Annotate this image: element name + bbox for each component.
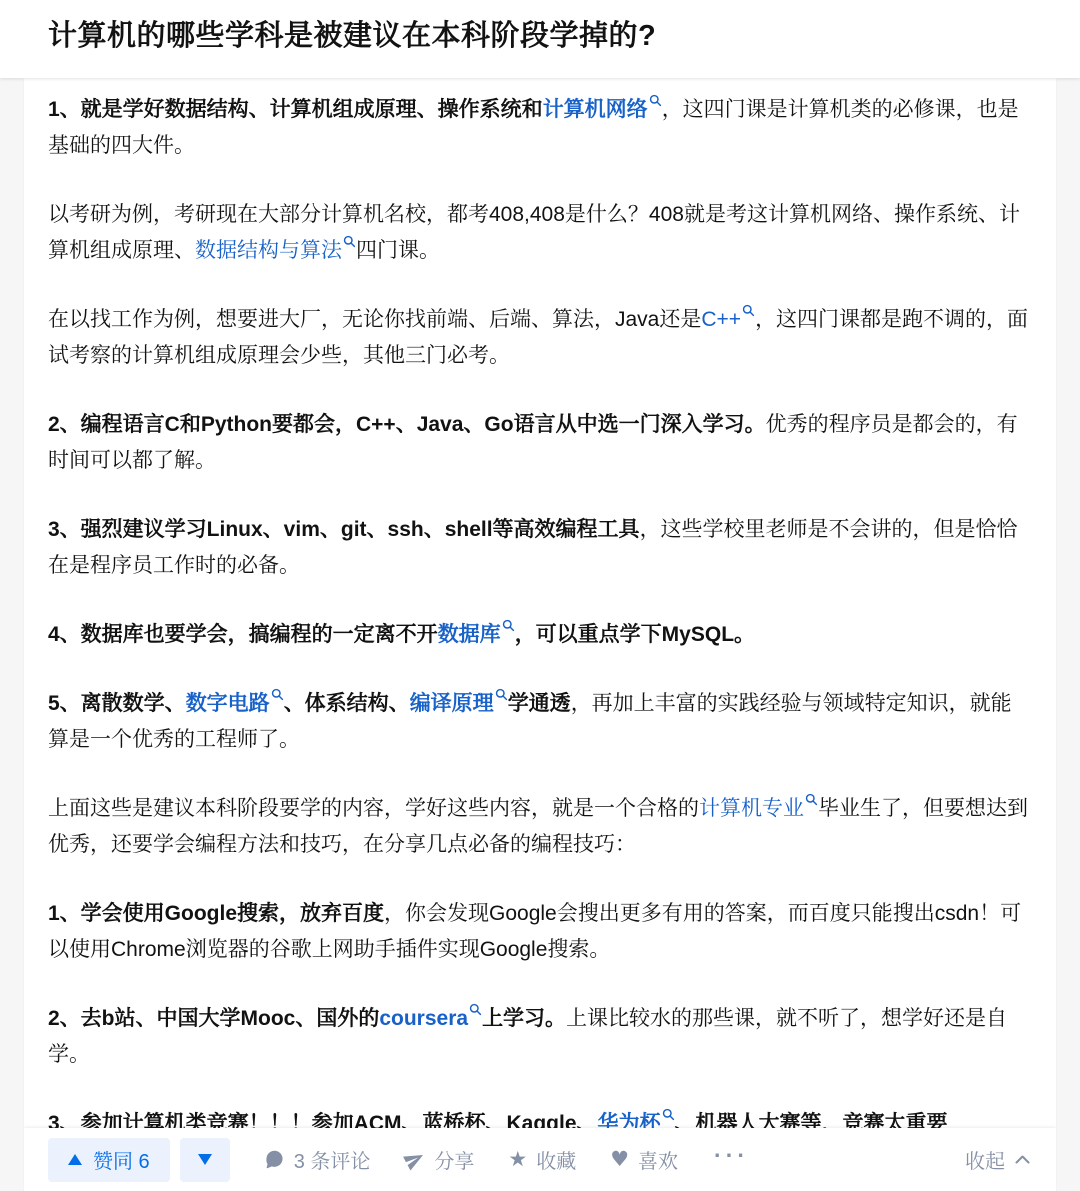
share-label: 分享 [434, 1145, 474, 1174]
entity-link[interactable]: 编译原理 [410, 692, 508, 715]
search-icon [649, 94, 662, 107]
text-run: 4、数据库也要学会，搞编程的一定离不开 [48, 623, 438, 646]
more-button[interactable]: ··· [714, 1142, 749, 1177]
search-icon [271, 688, 284, 701]
entity-link[interactable]: 数据结构与算法 [195, 239, 356, 262]
heart-icon: ♥ [610, 1149, 629, 1170]
favorite-button[interactable]: ★ 收藏 [508, 1145, 576, 1174]
entity-link[interactable]: 计算机专业 [699, 797, 818, 820]
downvote-button[interactable] [180, 1138, 230, 1182]
upvote-triangle-icon [68, 1154, 82, 1165]
search-icon [343, 235, 356, 248]
text-run: 上学习。 [482, 1007, 566, 1030]
answer-action-bar: 赞同 6 3 条评论 分享 ★ 收藏 ♥ 喜欢 ··· [24, 1128, 1056, 1191]
comment-icon [264, 1149, 285, 1170]
answer-rich-text: 1、就是学好数据结构、计算机组成原理、操作系统和计算机网络，这四门课是计算机类的… [24, 78, 1056, 1142]
text-run: 2、去b站、中国大学Mooc、国外的 [48, 1007, 379, 1030]
text-run: 、体系结构、 [284, 692, 410, 715]
collapse-button[interactable]: 收起 [965, 1145, 1030, 1174]
chevron-up-icon [1015, 1155, 1030, 1164]
search-icon [742, 304, 755, 317]
comments-label: 3 条评论 [294, 1145, 371, 1174]
entity-link[interactable]: 计算机网络 [543, 98, 662, 121]
paragraph: 3、强烈建议学习Linux、vim、git、ssh、shell等高效编程工具，这… [48, 512, 1032, 584]
upvote-label: 赞同 6 [93, 1145, 150, 1174]
like-button[interactable]: ♥ 喜欢 [610, 1145, 678, 1174]
paragraph: 4、数据库也要学会，搞编程的一定离不开数据库，可以重点学下MySQL。 [48, 617, 1032, 653]
text-run: 学通透 [508, 692, 571, 715]
paragraph: 在以找工作为例，想要进大厂，无论你找前端、后端、算法，Java还是C++，这四门… [48, 302, 1032, 374]
entity-link[interactable]: 数据库 [438, 623, 515, 646]
search-icon [469, 1003, 482, 1016]
search-icon [662, 1108, 675, 1121]
paragraph: 以考研为例，考研现在大部分计算机名校，都考408,408是什么？408就是考这计… [48, 197, 1032, 269]
star-icon: ★ [508, 1149, 527, 1170]
text-run: 2、编程语言C和Python要都会，C++、Java、Go语言从中选一门深入学习… [48, 413, 766, 436]
text-run: 以考研为例，考研现在大部分计算机名校，都考408,408是什么？408就是考这计… [48, 203, 1020, 262]
paragraph: 上面这些是建议本科阶段要学的内容，学好这些内容，就是一个合格的计算机专业毕业生了… [48, 791, 1032, 863]
paragraph: 1、学会使用Google搜索，放弃百度，你会发现Google会搜出更多有用的答案… [48, 896, 1032, 968]
answer-card: 1、就是学好数据结构、计算机组成原理、操作系统和计算机网络，这四门课是计算机类的… [24, 78, 1056, 1191]
search-icon [502, 619, 515, 632]
paragraph: 2、编程语言C和Python要都会，C++、Java、Go语言从中选一门深入学习… [48, 407, 1032, 479]
text-run: ，可以重点学下MySQL。 [515, 623, 755, 646]
comments-button[interactable]: 3 条评论 [264, 1145, 371, 1174]
downvote-triangle-icon [198, 1154, 212, 1165]
share-icon [404, 1149, 425, 1170]
entity-link[interactable]: C++ [701, 308, 755, 331]
paragraph: 5、离散数学、数字电路、体系结构、编译原理学通透，再加上丰富的实践经验与领域特定… [48, 686, 1032, 758]
entity-link[interactable]: coursera [379, 1007, 482, 1030]
paragraph: 2、去b站、中国大学Mooc、国外的coursera上学习。上课比较水的那些课，… [48, 1001, 1032, 1073]
question-title: 计算机的哪些学科是被建议在本科阶段学掉的? [48, 16, 1032, 56]
share-button[interactable]: 分享 [404, 1145, 474, 1174]
text-run: 1、就是学好数据结构、计算机组成原理、操作系统和 [48, 98, 543, 121]
collapse-label: 收起 [965, 1145, 1005, 1174]
favorite-label: 收藏 [536, 1145, 576, 1174]
text-run: 在以找工作为例，想要进大厂，无论你找前端、后端、算法，Java还是 [48, 308, 701, 331]
text-run: 3、强烈建议学习Linux、vim、git、ssh、shell等高效编程工具 [48, 518, 640, 541]
like-label: 喜欢 [638, 1145, 678, 1174]
text-run: 1、学会使用Google搜索，放弃百度 [48, 902, 384, 925]
text-run: 上面这些是建议本科阶段要学的内容，学好这些内容，就是一个合格的 [48, 797, 699, 820]
more-dots-icon: ··· [714, 1142, 749, 1169]
entity-link[interactable]: 数字电路 [186, 692, 284, 715]
search-icon [805, 793, 818, 806]
upvote-button[interactable]: 赞同 6 [48, 1138, 170, 1182]
question-header: 计算机的哪些学科是被建议在本科阶段学掉的? [0, 0, 1080, 78]
search-icon [495, 688, 508, 701]
paragraph: 1、就是学好数据结构、计算机组成原理、操作系统和计算机网络，这四门课是计算机类的… [48, 92, 1032, 164]
text-run: 5、离散数学、 [48, 692, 186, 715]
text-run: 四门课。 [356, 239, 440, 262]
